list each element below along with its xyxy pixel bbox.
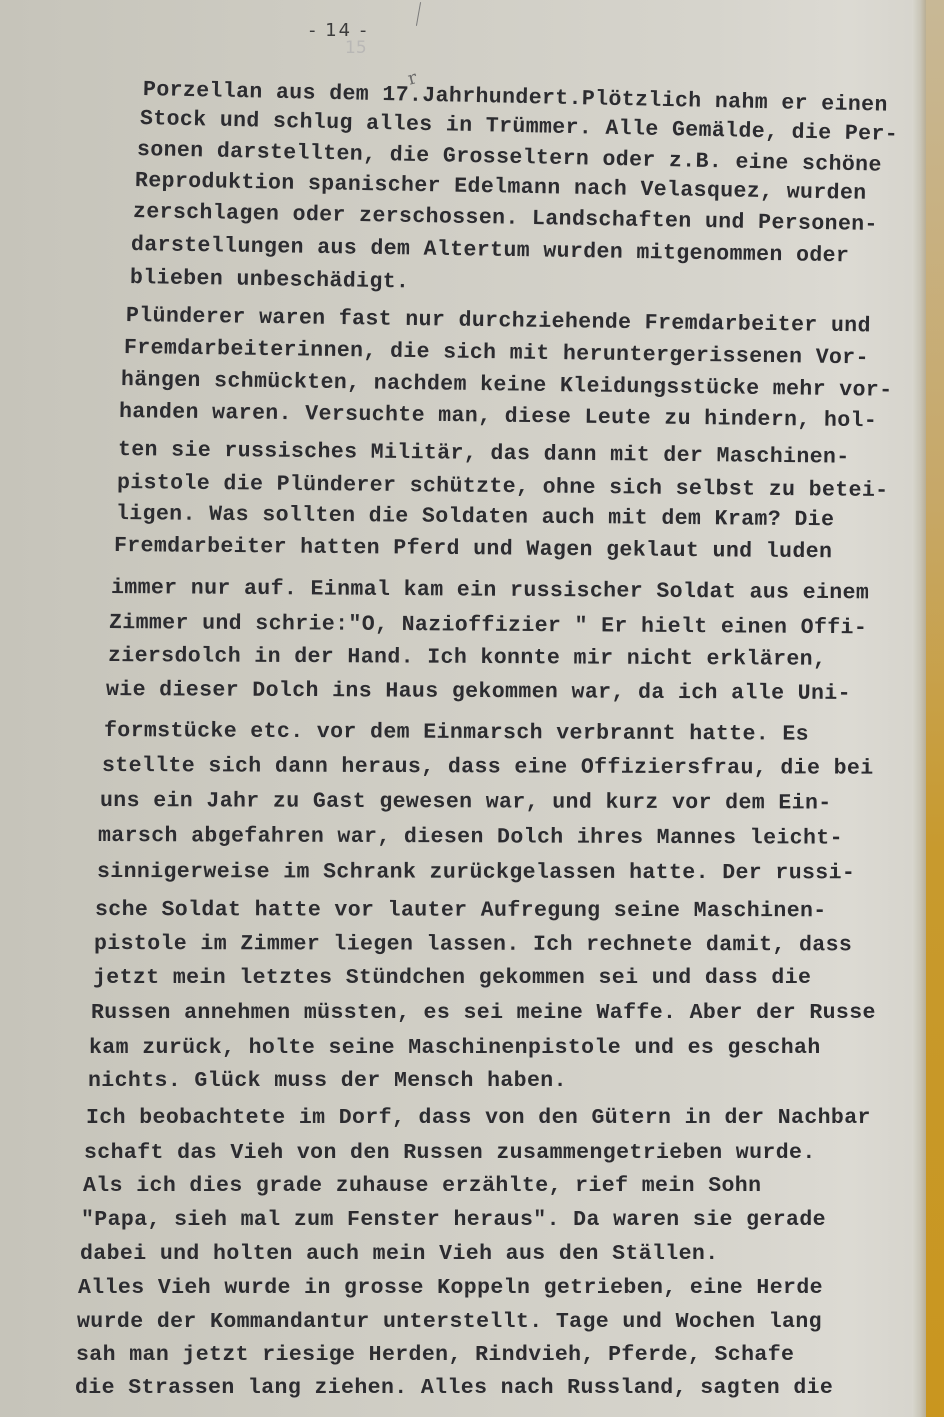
- text-line: darstellungen aus dem Altertum wurden mi…: [131, 233, 850, 268]
- text-line: ziersdolch in der Hand. Ich konnte mir n…: [108, 644, 826, 672]
- text-line: Alles Vieh wurde in grosse Koppeln getri…: [78, 1276, 823, 1300]
- text-line: formstücke etc. vor dem Einmarsch verbra…: [104, 719, 809, 747]
- document-page: - 14 - 15 r Porzellan aus dem 17.Jahrhun…: [0, 0, 944, 1417]
- text-line: Zimmer und schrie:"O, Nazioffizier " Er …: [109, 611, 867, 640]
- text-line: uns ein Jahr zu Gast gewesen war, und ku…: [100, 789, 832, 816]
- text-line: wie dieser Dolch ins Haus gekommen war, …: [106, 678, 851, 706]
- text-line: blieben unbeschädigt.: [130, 266, 410, 294]
- text-line: handen waren. Versuchte man, diese Leute…: [119, 400, 877, 433]
- text-line: dabei und holten auch mein Vieh aus den …: [80, 1242, 719, 1266]
- text-line: sinnigerweise im Schrank zurückgelassen …: [97, 860, 855, 885]
- text-line: sche Soldat hatte vor lauter Aufregung s…: [95, 898, 827, 923]
- text-line: jetzt mein letztes Stündchen gekommen se…: [93, 966, 811, 990]
- text-line: Fremdarbeiterinnen, die sich mit herunte…: [124, 336, 869, 370]
- text-line: marsch abgefahren war, diesen Dolch ihre…: [98, 824, 843, 851]
- text-line: ligen. Was sollten die Soldaten auch mit…: [116, 502, 835, 532]
- text-line: Ich beobachtete im Dorf, dass von den Gü…: [86, 1106, 871, 1130]
- text-line: immer nur auf. Einmal kam ein russischer…: [111, 576, 869, 605]
- text-line: kam zurück, holte seine Maschinenpistole…: [89, 1036, 821, 1060]
- text-line: die Strassen lang ziehen. Alles nach Rus…: [75, 1376, 833, 1400]
- text-line: nichts. Glück muss der Mensch haben.: [88, 1069, 567, 1093]
- text-line: schaft das Vieh von den Russen zusammeng…: [84, 1141, 816, 1165]
- text-line: "Papa, sieh mal zum Fenster heraus". Da …: [81, 1208, 826, 1232]
- text-line: zerschlagen oder zerschossen. Landschaft…: [133, 200, 878, 237]
- text-line: Plünderer waren fast nur durchziehende F…: [126, 304, 871, 338]
- text-line: Russen annehmen müssten, es sei meine Wa…: [91, 1001, 876, 1025]
- text-line: ten sie russisches Militär, das dann mit…: [118, 438, 850, 470]
- text-line: sah man jetzt riesige Herden, Rindvieh, …: [76, 1343, 794, 1367]
- text-line: pistole die Plünderer schützte, ohne sic…: [117, 471, 889, 503]
- typewritten-body: Porzellan aus dem 17.Jahrhundert.Plötzli…: [0, 0, 944, 1417]
- text-line: stellte sich dann heraus, dass eine Offi…: [102, 754, 874, 781]
- text-line: pistole im Zimmer liegen lassen. Ich rec…: [94, 932, 852, 957]
- text-line: hängen schmückten, nachdem keine Kleidun…: [121, 368, 893, 403]
- text-line: Als ich dies grade zuhause erzählte, rie…: [83, 1174, 761, 1198]
- text-line: wurde der Kommandantur unterstellt. Tage…: [77, 1310, 822, 1334]
- text-line: Fremdarbeiter hatten Pferd und Wagen gek…: [114, 534, 833, 564]
